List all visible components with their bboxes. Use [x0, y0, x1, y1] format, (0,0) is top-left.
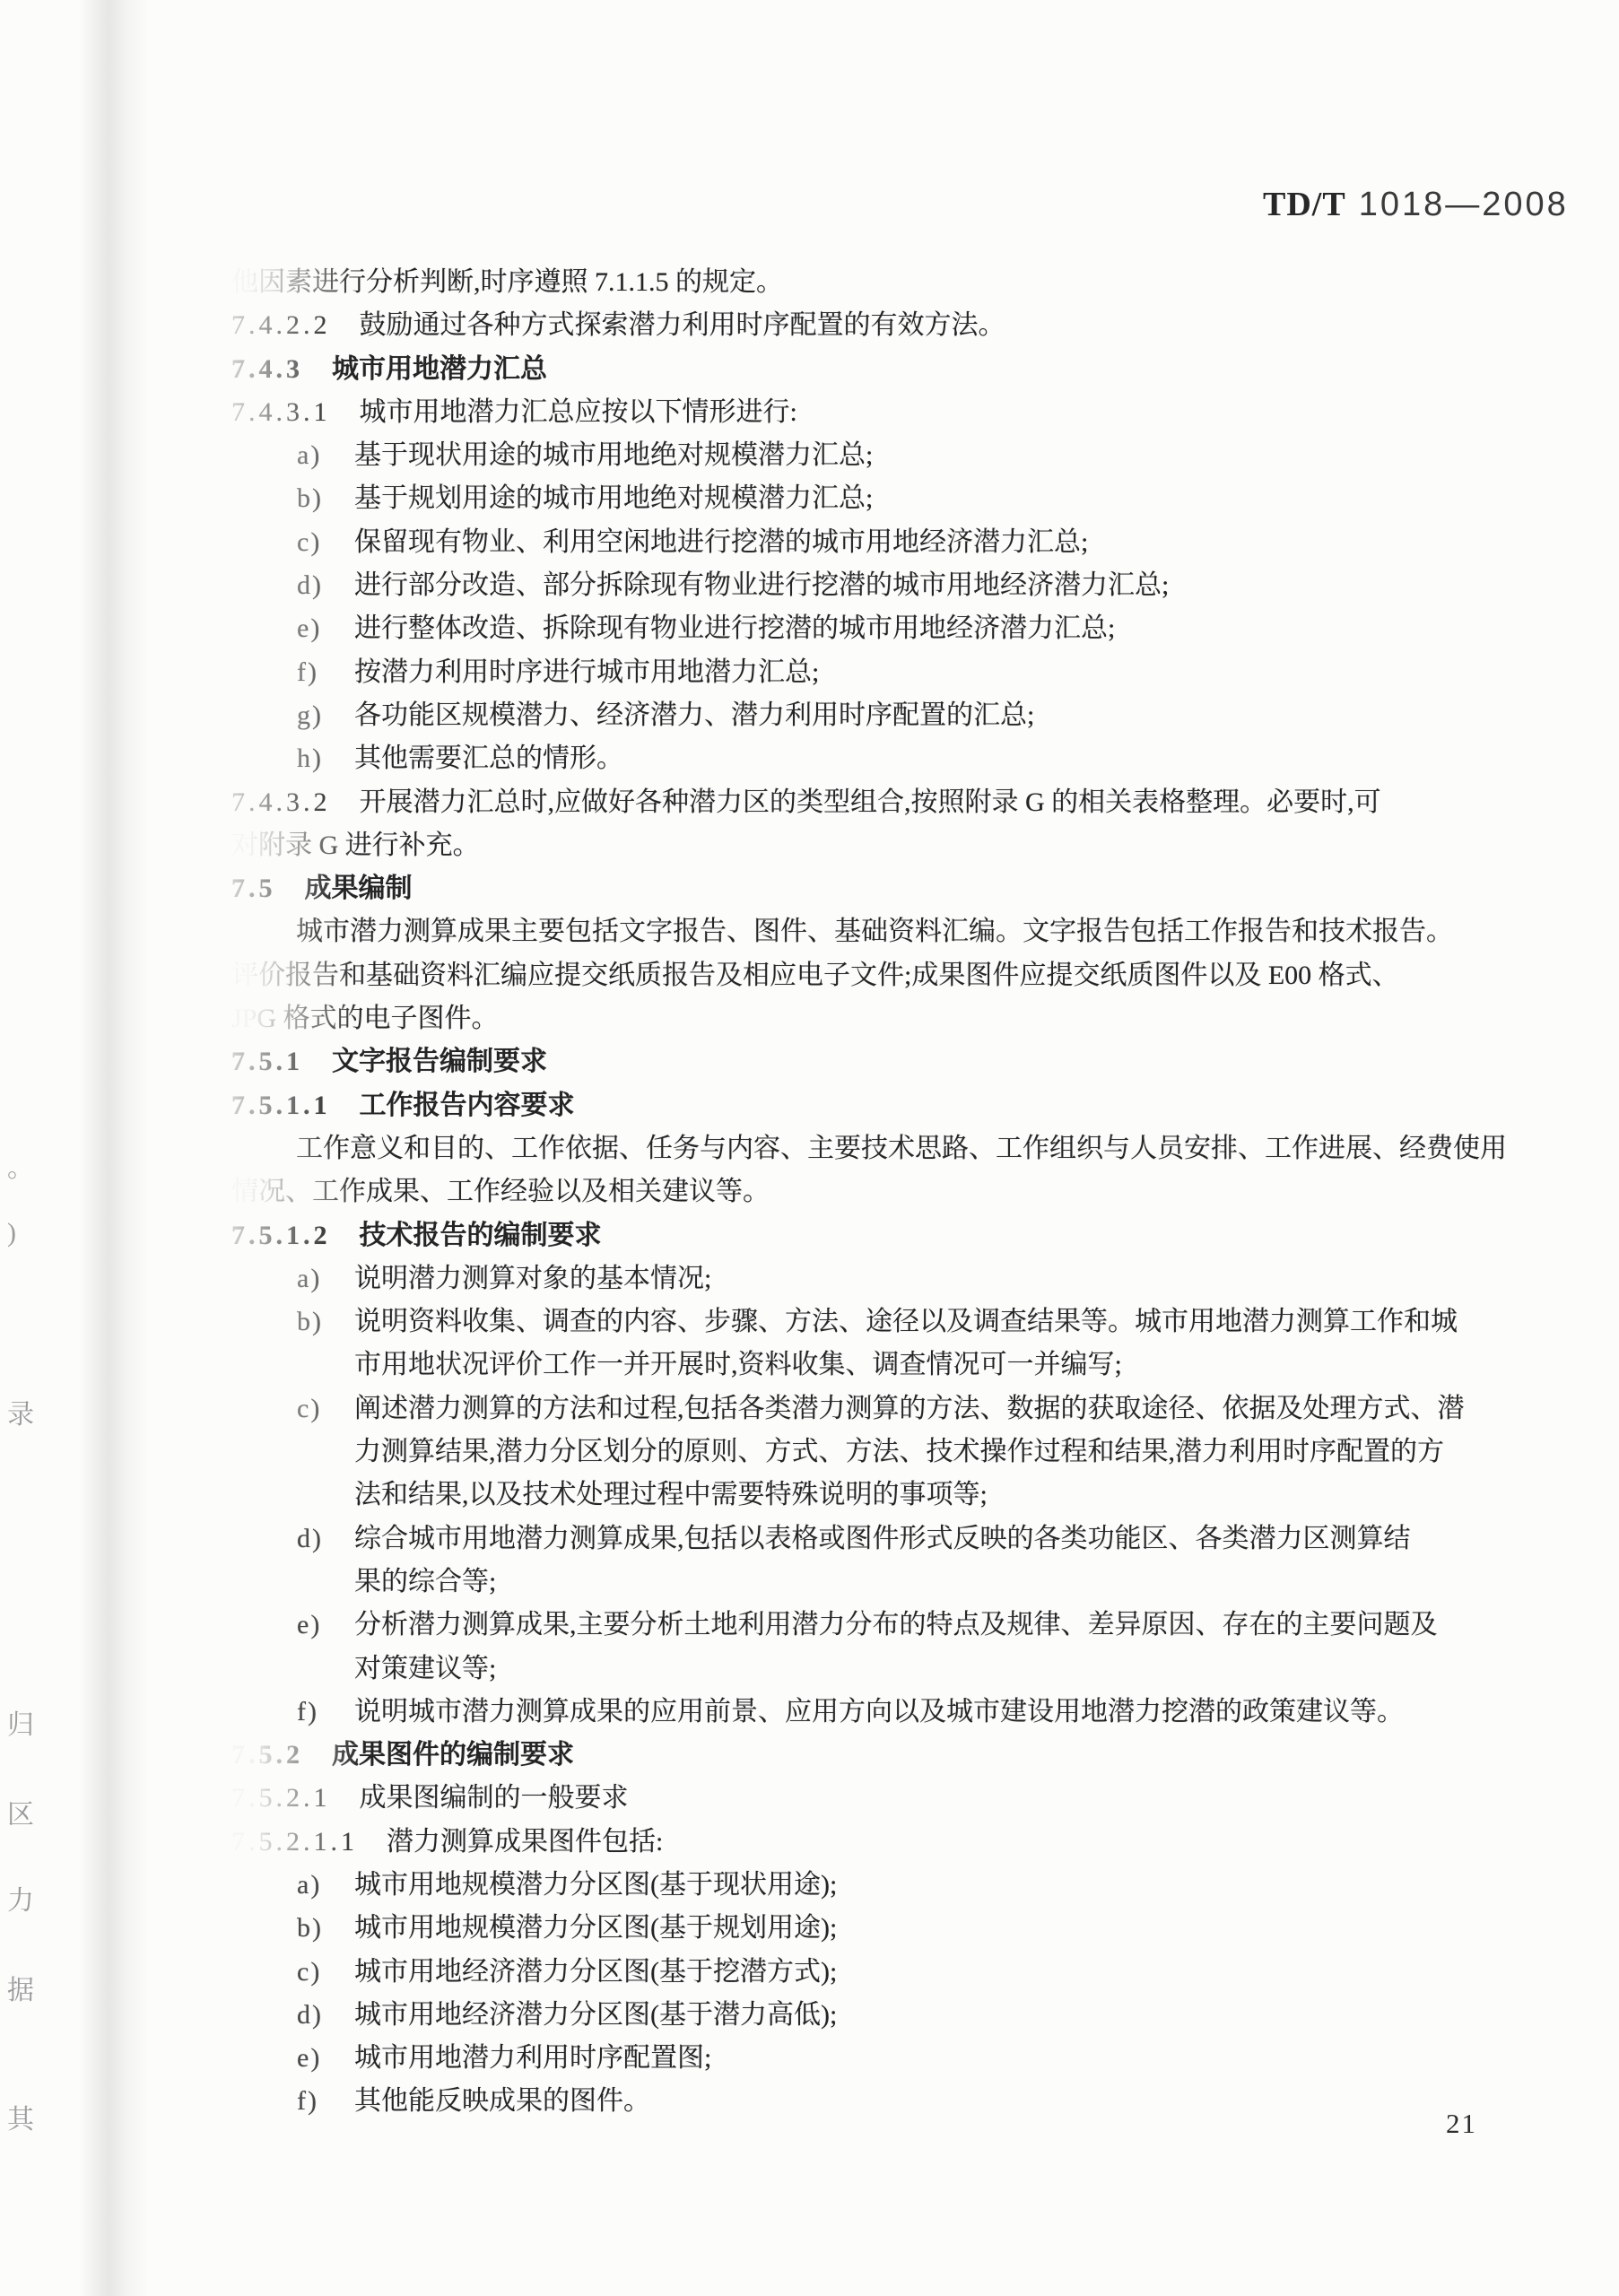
line-text: 成果图编制的一般要求 — [360, 1783, 629, 1813]
text-line: 7.4.2.2鼓励通过各种方式探索潜力利用时序配置的有效方法。 — [231, 304, 1469, 347]
text-line: c)城市用地经济潜力分区图(基于挖潜方式); — [231, 1951, 1469, 1994]
list-letter: d) — [297, 1518, 354, 1561]
line-text: 技术报告的编制要求 — [360, 1221, 602, 1250]
text-line: e)分析潜力测算成果,主要分析土地利用潜力分布的特点及规律、差异原因、存在的主要… — [231, 1604, 1469, 1647]
text-line: 7.5成果编制 — [231, 867, 1469, 910]
margin-ghost-char: 录 — [7, 1392, 34, 1431]
line-text: 其他能反映成果的图件。 — [354, 2086, 650, 2116]
text-line: e)城市用地潜力利用时序配置图; — [231, 2037, 1469, 2080]
list-letter: d) — [297, 1994, 354, 2037]
text-line: 7.4.3.1城市用地潜力汇总应按以下情形进行: — [231, 391, 1469, 434]
line-text: 工作报告内容要求 — [360, 1091, 575, 1120]
line-text: 市用地状况评价工作一并开展时,资料收集、调查情况可一并编写; — [354, 1350, 1122, 1379]
text-line: 果的综合等; — [231, 1561, 1469, 1604]
list-letter: a) — [297, 1257, 354, 1300]
text-line: 7.5.2.1.1潜力测算成果图件包括: — [231, 1821, 1469, 1864]
line-text: 情况、工作成果、工作经验以及相关建议等。 — [231, 1177, 770, 1206]
text-line: 7.5.1.1工作报告内容要求 — [231, 1084, 1469, 1127]
line-text: 法和结果,以及技术处理过程中需要特殊说明的事项等; — [354, 1480, 988, 1509]
line-text: 城市用地规模潜力分区图(基于现状用途); — [354, 1870, 837, 1900]
list-letter: h) — [297, 737, 354, 780]
text-line: c)阐述潜力测算的方法和过程,包括各类潜力测算的方法、数据的获取途径、依据及处理… — [231, 1387, 1469, 1431]
line-text: 基于现状用途的城市用地绝对规模潜力汇总; — [354, 440, 873, 470]
text-line: 城市潜力测算成果主要包括文字报告、图件、基础资料汇编。文字报告包括工作报告和技术… — [231, 910, 1469, 953]
line-text: 城市用地经济潜力分区图(基于挖潜方式); — [354, 1957, 837, 1987]
line-text: 分析潜力测算成果,主要分析土地利用潜力分布的特点及规律、差异原因、存在的主要问题… — [354, 1610, 1438, 1639]
line-text: 成果编制 — [305, 874, 413, 903]
scanned-page: TD/T1018—2008 他因素进行分析判断,时序遵照 7.1.1.5 的规定… — [0, 0, 1619, 2296]
text-line: 力测算结果,潜力分区划分的原则、方式、方法、技术操作过程和结果,潜力利用时序配置… — [231, 1431, 1469, 1474]
margin-ghost-char: ) — [7, 1218, 16, 1248]
list-letter: b) — [297, 1907, 354, 1950]
line-text: JPG 格式的电子图件。 — [231, 1004, 499, 1033]
text-line: 对附录 G 进行补充。 — [231, 824, 1469, 867]
line-text: 城市用地规模潜力分区图(基于规划用途); — [354, 1913, 837, 1943]
section-number: 7.5.2 — [231, 1734, 303, 1777]
list-letter: e) — [297, 607, 354, 650]
margin-ghost-char: 据 — [7, 1968, 34, 2007]
text-line: JPG 格式的电子图件。 — [231, 997, 1469, 1040]
line-text: 对附录 G 进行补充。 — [231, 831, 480, 860]
list-letter: f) — [297, 651, 354, 694]
text-line: d)综合城市用地潜力测算成果,包括以表格或图件形式反映的各类功能区、各类潜力区测… — [231, 1518, 1469, 1561]
margin-ghost-char: 其 — [7, 2097, 34, 2136]
list-letter: b) — [297, 477, 354, 520]
line-text: 城市潜力测算成果主要包括文字报告、图件、基础资料汇编。文字报告包括工作报告和技术… — [296, 917, 1453, 946]
list-letter: a) — [297, 434, 354, 477]
line-text: 城市用地潜力汇总 — [332, 354, 547, 384]
section-number: 7.4.2.2 — [231, 304, 331, 347]
list-letter: e) — [297, 1604, 354, 1647]
line-text: 潜力测算成果图件包括: — [387, 1827, 663, 1857]
text-line: 对策建议等; — [231, 1648, 1469, 1691]
text-line: f)按潜力利用时序进行城市用地潜力汇总; — [231, 651, 1469, 694]
list-letter: f) — [297, 2080, 354, 2123]
line-text: 城市用地潜力汇总应按以下情形进行: — [360, 397, 797, 427]
line-text: 果的综合等; — [354, 1567, 496, 1596]
section-number: 7.4.3.1 — [231, 391, 331, 434]
section-number: 7.5.1.2 — [231, 1214, 331, 1257]
text-line: 他因素进行分析判断,时序遵照 7.1.1.5 的规定。 — [231, 261, 1469, 304]
margin-ghost-char: 区 — [7, 1792, 34, 1831]
text-line: 7.4.3.2开展潜力汇总时,应做好各种潜力区的类型组合,按照附录 G 的相关表… — [231, 781, 1469, 824]
list-letter: e) — [297, 2037, 354, 2080]
list-letter: c) — [297, 1387, 354, 1431]
section-number: 7.5.1.1 — [231, 1084, 331, 1127]
text-line: 7.5.2.1成果图编制的一般要求 — [231, 1777, 1469, 1820]
line-text: 阐述潜力测算的方法和过程,包括各类潜力测算的方法、数据的获取途径、依据及处理方式… — [354, 1394, 1465, 1423]
text-line: 市用地状况评价工作一并开展时,资料收集、调查情况可一并编写; — [231, 1344, 1469, 1387]
document-body: 他因素进行分析判断,时序遵照 7.1.1.5 的规定。7.4.2.2鼓励通过各种… — [231, 261, 1469, 2124]
line-text: 力测算结果,潜力分区划分的原则、方式、方法、技术操作过程和结果,潜力利用时序配置… — [354, 1437, 1444, 1466]
list-letter: c) — [297, 521, 354, 564]
section-number: 7.4.3 — [231, 348, 303, 391]
line-text: 城市用地潜力利用时序配置图; — [354, 2043, 711, 2073]
list-letter: f) — [297, 1691, 354, 1734]
text-line: a)说明潜力测算对象的基本情况; — [231, 1257, 1469, 1300]
text-line: b)说明资料收集、调查的内容、步骤、方法、途径以及调查结果等。城市用地潜力测算工… — [231, 1300, 1469, 1344]
margin-ghost-char: 归 — [7, 1702, 34, 1742]
line-text: 工作意义和目的、工作依据、任务与内容、主要技术思路、工作组织与人员安排、工作进展… — [296, 1134, 1507, 1163]
text-line: 评价报告和基础资料汇编应提交纸质报告及相应电子文件;成果图件应提交纸质图件以及 … — [231, 954, 1469, 997]
text-line: d)城市用地经济潜力分区图(基于潜力高低); — [231, 1994, 1469, 2037]
text-line: e)进行整体改造、拆除现有物业进行挖潜的城市用地经济潜力汇总; — [231, 607, 1469, 650]
text-line: b)基于规划用途的城市用地绝对规模潜力汇总; — [231, 477, 1469, 520]
list-letter: b) — [297, 1300, 354, 1344]
text-line: d)进行部分改造、部分拆除现有物业进行挖潜的城市用地经济潜力汇总; — [231, 564, 1469, 607]
standard-prefix: TD/T — [1263, 186, 1346, 223]
line-text: 保留现有物业、利用空闲地进行挖潜的城市用地经济潜力汇总; — [354, 527, 1088, 557]
text-line: a)城市用地规模潜力分区图(基于现状用途); — [231, 1864, 1469, 1907]
list-letter: d) — [297, 564, 354, 607]
text-line: 情况、工作成果、工作经验以及相关建议等。 — [231, 1170, 1469, 1213]
text-line: 法和结果,以及技术处理过程中需要特殊说明的事项等; — [231, 1474, 1469, 1517]
line-text: 进行部分改造、部分拆除现有物业进行挖潜的城市用地经济潜力汇总; — [354, 570, 1169, 600]
list-letter: c) — [297, 1951, 354, 1994]
list-letter: g) — [297, 694, 354, 737]
text-line: f)其他能反映成果的图件。 — [231, 2080, 1469, 2123]
text-line: f)说明城市潜力测算成果的应用前景、应用方向以及城市建设用地潜力挖潜的政策建议等… — [231, 1691, 1469, 1734]
line-text: 说明城市潜力测算成果的应用前景、应用方向以及城市建设用地潜力挖潜的政策建议等。 — [354, 1697, 1404, 1726]
text-line: h)其他需要汇总的情形。 — [231, 737, 1469, 780]
line-text: 基于规划用途的城市用地绝对规模潜力汇总; — [354, 483, 873, 513]
section-number: 7.4.3.2 — [231, 781, 331, 824]
text-line: c)保留现有物业、利用空闲地进行挖潜的城市用地经济潜力汇总; — [231, 521, 1469, 564]
line-text: 鼓励通过各种方式探索潜力利用时序配置的有效方法。 — [360, 310, 1005, 340]
section-number: 7.5.2.1 — [231, 1777, 331, 1820]
text-line: 7.4.3城市用地潜力汇总 — [231, 348, 1469, 391]
line-text: 文字报告编制要求 — [332, 1047, 547, 1076]
line-text: 综合城市用地潜力测算成果,包括以表格或图件形式反映的各类功能区、各类潜力区测算结 — [354, 1524, 1411, 1553]
margin-ghost-char: 力 — [7, 1878, 34, 1918]
line-text: 说明资料收集、调查的内容、步骤、方法、途径以及调查结果等。城市用地潜力测算工作和… — [354, 1307, 1458, 1336]
text-line: 工作意义和目的、工作依据、任务与内容、主要技术思路、工作组织与人员安排、工作进展… — [231, 1127, 1469, 1170]
section-number: 7.5.2.1.1 — [231, 1821, 358, 1864]
page-number: 21 — [1446, 2108, 1477, 2140]
line-text: 对策建议等; — [354, 1654, 496, 1683]
margin-ghost-char: 。 — [7, 1145, 34, 1185]
section-number: 7.5 — [231, 867, 276, 910]
line-text: 开展潜力汇总时,应做好各种潜力区的类型组合,按照附录 G 的相关表格整理。必要时… — [360, 787, 1381, 817]
line-text: 各功能区规模潜力、经济潜力、潜力利用时序配置的汇总; — [354, 700, 1034, 730]
binding-shadow — [79, 0, 149, 2296]
line-text: 说明潜力测算对象的基本情况; — [354, 1264, 711, 1293]
section-number: 7.5.1 — [231, 1040, 303, 1083]
text-line: 7.5.2成果图件的编制要求 — [231, 1734, 1469, 1777]
text-line: b)城市用地规模潜力分区图(基于规划用途); — [231, 1907, 1469, 1950]
standard-code: 1018—2008 — [1359, 186, 1569, 223]
text-line: 7.5.1.2技术报告的编制要求 — [231, 1214, 1469, 1257]
line-text: 城市用地经济潜力分区图(基于潜力高低); — [354, 2000, 837, 2030]
line-text: 他因素进行分析判断,时序遵照 7.1.1.5 的规定。 — [231, 267, 783, 297]
line-text: 其他需要汇总的情形。 — [354, 744, 623, 773]
text-line: g)各功能区规模潜力、经济潜力、潜力利用时序配置的汇总; — [231, 694, 1469, 737]
line-text: 评价报告和基础资料汇编应提交纸质报告及相应电子文件;成果图件应提交纸质图件以及 … — [231, 961, 1399, 990]
list-letter: a) — [297, 1864, 354, 1907]
line-text: 进行整体改造、拆除现有物业进行挖潜的城市用地经济潜力汇总; — [354, 613, 1115, 643]
text-line: a)基于现状用途的城市用地绝对规模潜力汇总; — [231, 434, 1469, 477]
line-text: 按潜力利用时序进行城市用地潜力汇总; — [354, 657, 819, 687]
standard-header: TD/T1018—2008 — [1263, 185, 1569, 224]
line-text: 成果图件的编制要求 — [332, 1740, 574, 1770]
text-line: 7.5.1文字报告编制要求 — [231, 1040, 1469, 1083]
